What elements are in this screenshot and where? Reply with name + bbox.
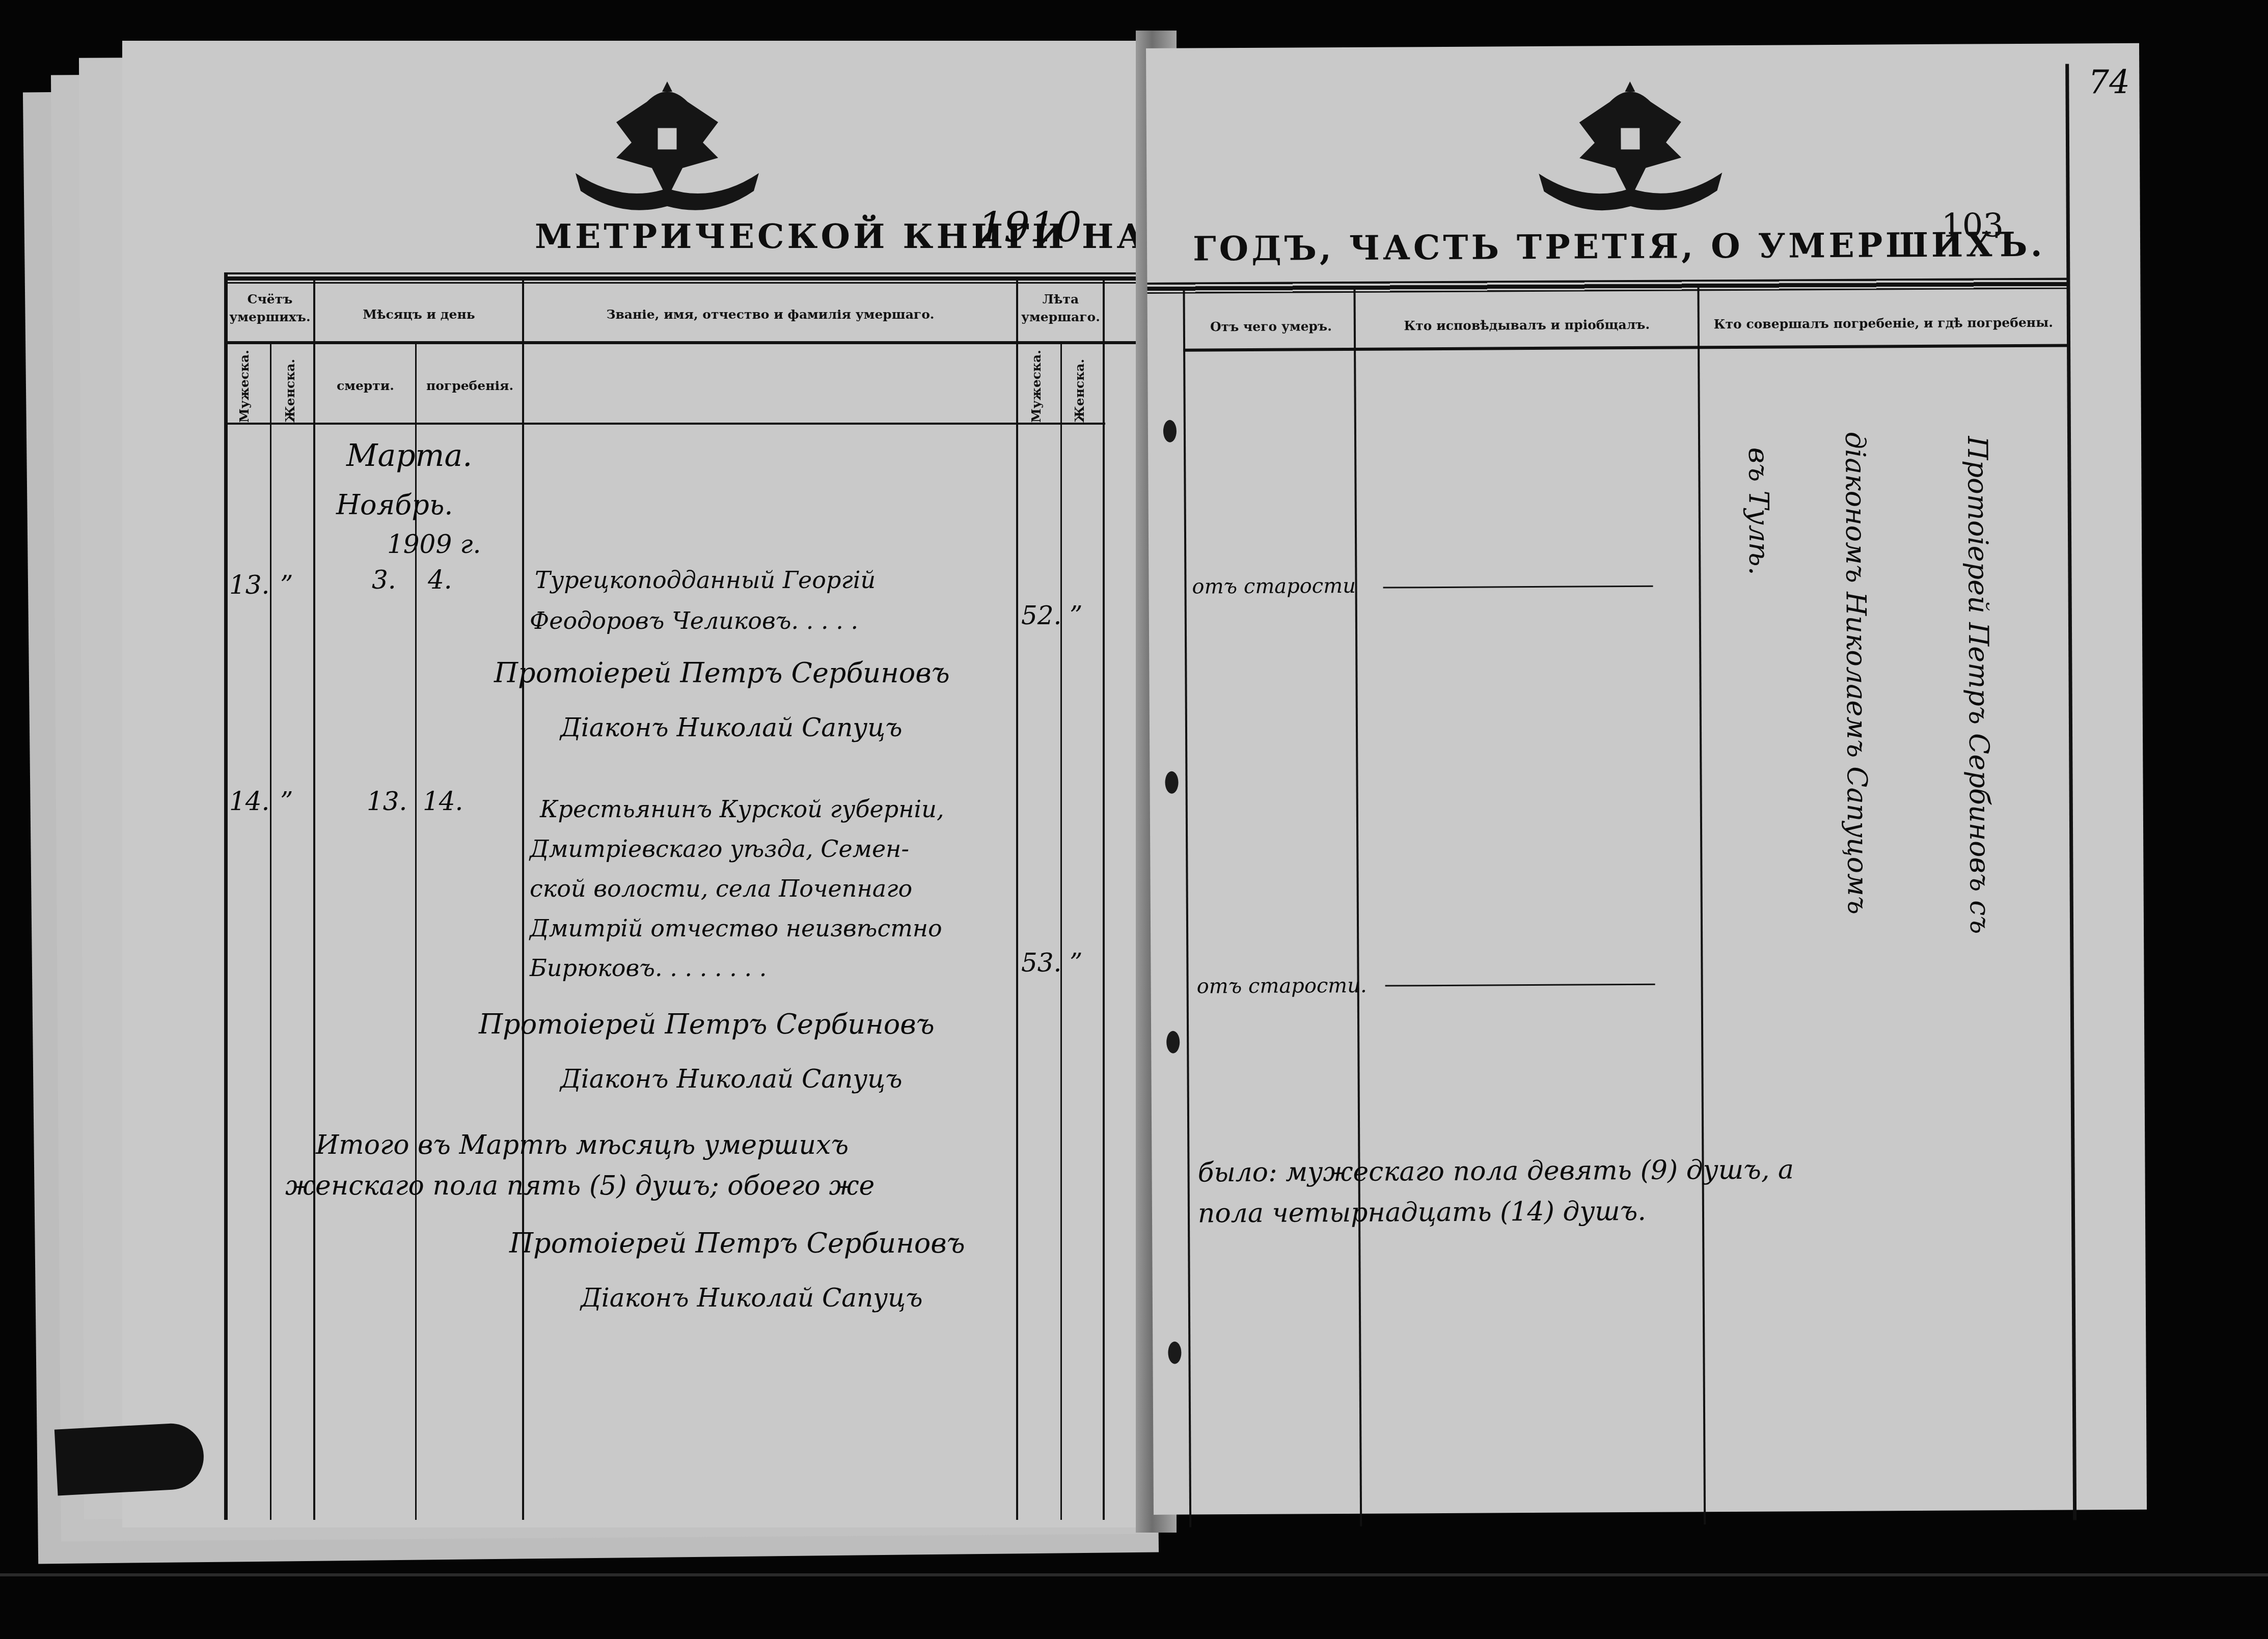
entry-confessor-dash [1385,984,1655,987]
col-header-death: смерти. [316,377,415,395]
summary-line: было: мужескаго пола девять (9) душъ, а [1197,1150,1794,1192]
entry-burial-day: 14. [423,787,463,816]
entry-num-male: 14. [229,787,270,816]
summary-line: пола четырнадцать (14) душъ. [1198,1191,1646,1234]
col-divider [1353,289,1362,1526]
entry-name-line: Дмитрій отчество неизвѣстно [530,908,942,948]
signature-deacon: Діаконъ Николай Сапуцъ [581,1283,923,1313]
signature-archpriest: Протоіерей Петръ Сербиновъ [509,1227,965,1259]
entry-name-line: Турецкоподданный Георгій [535,560,876,600]
header-rule [1147,278,2069,294]
header-title-right: годъ, часть третія, о умершихъ. [1193,225,2045,269]
col-header-count: Счётъ умершихъ. [227,290,313,326]
header-divider [1183,344,2069,352]
col-divider [1060,344,1062,1520]
entry-cause: отъ старости [1192,574,1356,599]
col-header-burial-by: Кто совершалъ погребеніе, и гдѣ погребен… [1700,314,2067,334]
col-divider [1016,280,1018,1520]
archive-folio-number: 74 [2088,64,2130,101]
alt-month-label: Ноябрь. [336,489,453,521]
col-divider [1697,287,1706,1524]
col-header-age: Лѣта умершаго. [1019,290,1103,326]
entry-name-line: Бирюковъ. . . . . . . . [530,948,767,988]
entry-name-line: Дмитріевскаго уѣзда, Семен- [530,829,909,869]
signature-deacon: Діаконъ Николай Сапуцъ [560,1064,903,1094]
binding-hole [1168,1342,1181,1364]
summary-line: женскаго пола пять (5) душъ; обоего же [285,1166,875,1206]
entry-num-male: 13. [229,570,270,600]
entry-num-female: ” [280,570,293,600]
table-border-left [224,272,228,1520]
entry-num-female: ” [280,787,293,816]
entry-age-female: ” [1070,948,1083,978]
page-number: 103 [1942,207,2004,245]
signature-archpriest: Протоіерей Петръ Сербиновъ [479,1008,935,1040]
entry-burial-day: 4. [428,565,452,595]
col-header-confessor: Кто исповѣдывалъ и пріобщалъ. [1356,315,1698,335]
col-divider [522,280,524,1520]
imperial-eagle-crest-icon [1533,71,1728,225]
left-page: Московской Синодальной Типографіи метрич… [122,41,1156,1527]
entry-name-line: Крестьянинъ Курской губерніи, [540,789,944,829]
alt-year-label: 1909 г. [387,530,481,559]
col-divider [1183,290,1191,1527]
col-header-name: Званіе, имя, отчество и фамилія умершаго… [525,305,1016,323]
signature-archpriest: Протоіерей Петръ Сербиновъ [494,657,950,689]
binding-hole [1163,420,1177,442]
col-header-age-female: Женска. [1072,356,1087,423]
right-page: годъ, часть третія, о умершихъ. 103 74 О… [1146,43,2147,1515]
col-divider [270,344,271,1520]
burial-by-vertical-line: въ Тулѣ. [1742,448,1775,575]
subheader-divider [224,423,1105,425]
col-header-burial: погребенія. [418,377,522,395]
imperial-eagle-crest-icon [570,71,764,224]
signature-deacon: Діаконъ Николай Сапуцъ [560,713,903,742]
entry-name-line: Феодоровъ Челиковъ. . . . . [530,601,858,641]
summary-line: Итого въ Мартѣ мѣсяцѣ умершихъ [316,1125,849,1165]
entry-age-male: 53. [1021,948,1062,978]
entry-confessor-dash [1383,586,1653,589]
year-handwritten: 1910 [978,204,1082,251]
burial-by-vertical-line: діакономъ Николаемъ Сапуцомъ [1839,432,1874,914]
col-header-cause: Отъ чего умеръ. [1188,317,1354,336]
col-header-age-male: Мужеска. [1029,356,1044,423]
table-edge [0,1573,2268,1576]
binder-clip [54,1422,205,1496]
entry-age-male: 52. [1021,601,1062,630]
entry-cause: отъ старости. [1197,974,1367,998]
col-divider [313,280,315,1520]
entry-death-day: 3. [372,565,396,595]
binding-hole [1165,771,1178,794]
col-divider [1103,280,1105,1520]
table-border-right [2065,64,2076,1520]
month-label: Марта. [346,438,472,474]
burial-by-vertical-line: Протоіерей Петръ Сербиновъ съ [1961,436,1996,934]
entry-name-line: ской волости, села Почепнаго [530,869,912,908]
entry-death-day: 13. [367,787,407,816]
col-header-count-male: Мужеска. [237,356,252,423]
col-header-count-female: Женска. [283,356,297,423]
col-header-month-day: Мѣсяцъ и день [316,305,522,323]
entry-age-female: ” [1070,601,1083,630]
binding-hole [1166,1031,1180,1053]
